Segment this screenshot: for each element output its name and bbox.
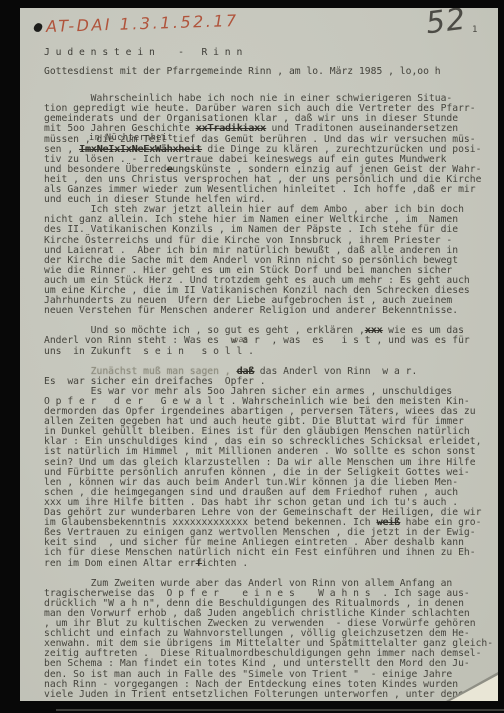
ink-mark: [33, 22, 43, 33]
page-edge-line: [56, 709, 504, 711]
archive-reference-handwriting: AT-DAI 1.3.1.52.17: [46, 11, 239, 36]
page-number-typed: 1: [472, 25, 477, 35]
struck-out-text: f: [196, 558, 202, 569]
typescript-body: Wahrscheinlich habe ich noch nie in eine…: [44, 94, 496, 700]
typescript-text: J u d e n s t e i n - R i n n Gottesdien…: [44, 48, 496, 700]
struck-out-text: xxTradikiaxx: [196, 123, 266, 134]
document-subtitle: Gottesdienst mit der Pfarrgemeinde Rinn …: [44, 67, 496, 77]
struck-out-text: ImxNeIxIxNeExWähxheit: [79, 144, 201, 155]
text-line: neuen Verstehen für Menschen anderer Rel…: [44, 306, 496, 316]
scan-background: AT-DAI 1.3.1.52.17 52 1 J u d e n s t e …: [0, 0, 504, 713]
text-line: uns in Zukunft s e i n s o l l .: [44, 347, 496, 357]
text-line: ren im Dom einen Altar errfichten .: [44, 559, 496, 569]
handwritten-correction: was: [232, 334, 248, 345]
text-line: viele Juden in Trient entsetzlichen Folt…: [44, 690, 496, 700]
interline-insertion: in Nüchternheit: [89, 133, 173, 143]
text-line: ich für diese Menschen natürlich nicht e…: [44, 548, 496, 558]
page-number-pencil: 52: [424, 8, 468, 41]
document-title: J u d e n s t e i n - R i n n: [44, 48, 496, 58]
paper: AT-DAI 1.3.1.52.17 52 1 J u d e n s t e …: [20, 8, 498, 701]
text-line: des II. Vatikanischen Konzils , im Namen…: [44, 225, 496, 235]
